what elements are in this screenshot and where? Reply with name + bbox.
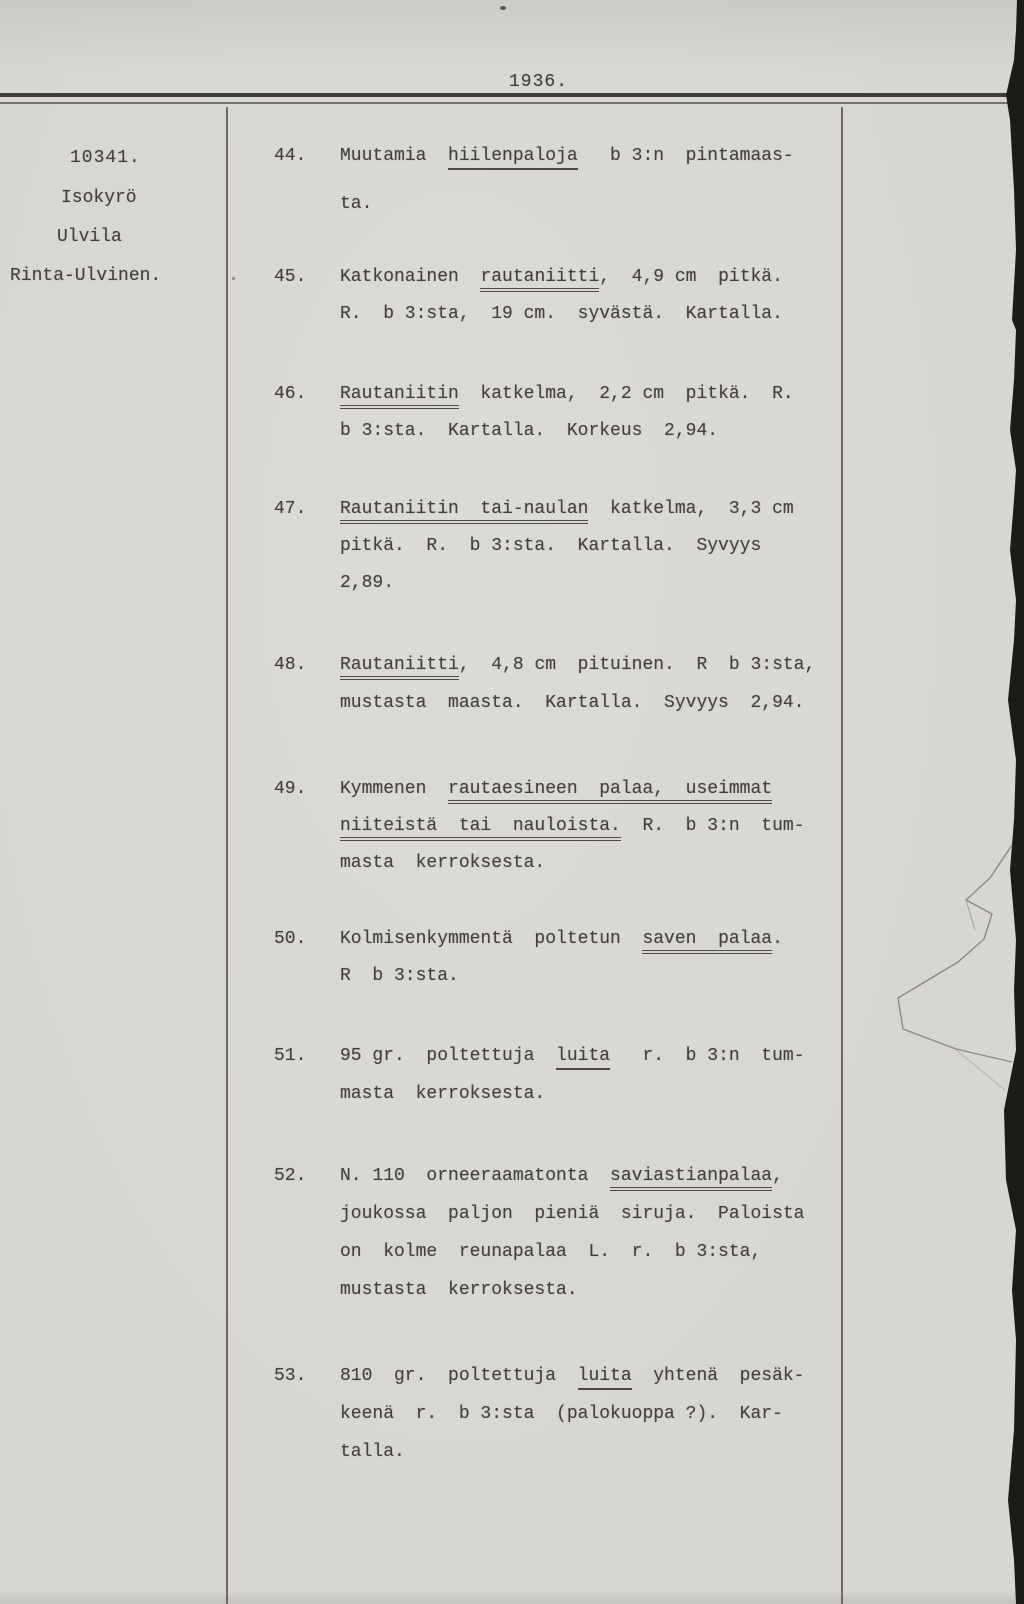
underlined-term: luita [556, 1046, 610, 1070]
entry-number: 47. [274, 500, 340, 518]
entry-line: b 3:sta. Kartalla. Korkeus 2,94. [340, 422, 794, 440]
underlined-term: hiilenpaloja [448, 146, 578, 170]
text-segment: ta. [340, 194, 372, 214]
text-segment: b 3:n pintamaas- [578, 146, 794, 166]
entry-number: 51. [274, 1047, 340, 1065]
entry-line: 95 gr. poltettuja luita r. b 3:n tum- [340, 1047, 805, 1065]
catalog-number: 10341. [70, 149, 141, 167]
right-column-divider [841, 107, 843, 1604]
entry-line: Kymmenen rautaesineen palaa, useimmat [340, 780, 805, 798]
entry-line: Rautaniitin tai-naulan katkelma, 3,3 cm [340, 500, 794, 518]
text-segment: Katkonainen [340, 267, 480, 287]
entry-text: 810 gr. poltettuja luita yhtenä pesäk-ke… [340, 1367, 804, 1461]
text-segment: , [772, 1166, 783, 1186]
entry-number: 46. [274, 385, 340, 403]
left-column-divider [226, 107, 228, 1604]
entry-line: 810 gr. poltettuja luita yhtenä pesäk- [340, 1367, 804, 1385]
entry-line: Katkonainen rautaniitti, 4,9 cm pitkä. [340, 268, 783, 286]
entry-text: 95 gr. poltettuja luita r. b 3:n tum-mas… [340, 1047, 805, 1103]
entry-line: masta kerroksesta. [340, 1085, 805, 1103]
text-segment: b 3:sta. Kartalla. Korkeus 2,94. [340, 421, 718, 441]
entry-line: R b 3:sta. [340, 967, 783, 985]
text-segment: masta kerroksesta. [340, 1084, 545, 1104]
text-segment: pitkä. R. b 3:sta. Kartalla. Syvyys [340, 536, 761, 556]
entry-line: Rautaniitti, 4,8 cm pituinen. R b 3:sta, [340, 656, 815, 674]
entry-text: Katkonainen rautaniitti, 4,9 cm pitkä.R.… [340, 268, 783, 323]
text-segment: 810 gr. poltettuja [340, 1366, 578, 1386]
scan-edge-band [1000, 0, 1024, 1604]
entry-text: Rautaniitin tai-naulan katkelma, 3,3 cmp… [340, 500, 794, 592]
text-segment: keenä r. b 3:sta (palokuoppa ?). Kar- [340, 1404, 783, 1424]
text-segment: masta kerroksesta. [340, 853, 545, 873]
underlined-term: rautaesineen palaa, useimmat [448, 779, 772, 804]
entry-line: N. 110 orneeraamatonta saviastianpalaa, [340, 1167, 804, 1185]
catalog-entry: 44.Muutamia hiilenpaloja b 3:n pintamaas… [274, 147, 794, 213]
underlined-term: niiteistä tai nauloista. [340, 816, 621, 841]
entry-text: Kymmenen rautaesineen palaa, useimmatnii… [340, 780, 805, 872]
text-segment: N. 110 orneeraamatonta [340, 1166, 610, 1186]
entry-line: Kolmisenkymmentä poltetun saven palaa. [340, 930, 783, 948]
catalog-entry: 53.810 gr. poltettuja luita yhtenä pesäk… [274, 1367, 804, 1461]
entry-line: Rautaniitin katkelma, 2,2 cm pitkä. R. [340, 385, 794, 403]
text-segment: talla. [340, 1442, 405, 1462]
municipality: Isokyrö [61, 189, 137, 207]
entry-line: pitkä. R. b 3:sta. Kartalla. Syvyys [340, 537, 794, 555]
underlined-term: luita [578, 1366, 632, 1390]
catalog-entry: 48.Rautaniitti, 4,8 cm pituinen. R b 3:s… [274, 656, 815, 712]
underlined-term: Rautaniitin tai-naulan [340, 499, 588, 524]
entry-number: 44. [274, 147, 340, 165]
text-segment: on kolme reunapalaa L. r. b 3:sta, [340, 1242, 761, 1262]
text-segment: 2,89. [340, 573, 394, 593]
entry-line: on kolme reunapalaa L. r. b 3:sta, [340, 1243, 804, 1261]
entry-number: 52. [274, 1167, 340, 1185]
underlined-term: Rautaniitin [340, 384, 459, 409]
entry-line: joukossa paljon pieniä siruja. Paloista [340, 1205, 804, 1223]
entry-line: talla. [340, 1443, 804, 1461]
catalog-entry: 51.95 gr. poltettuja luita r. b 3:n tum-… [274, 1047, 805, 1103]
text-segment: R b 3:sta. [340, 966, 459, 986]
entry-line: R. b 3:sta, 19 cm. syvästä. Kartalla. [340, 305, 783, 323]
underlined-term: rautaniitti [480, 267, 599, 292]
text-segment: mustasta kerroksesta. [340, 1280, 578, 1300]
text-segment: R. b 3:n tum- [621, 816, 805, 836]
catalog-entry: 50.Kolmisenkymmentä poltetun saven palaa… [274, 930, 783, 985]
underlined-term: saven palaa [642, 929, 772, 954]
text-segment: yhtenä pesäk- [632, 1366, 805, 1386]
catalog-entry: 49.Kymmenen rautaesineen palaa, useimmat… [274, 780, 805, 872]
text-segment: joukossa paljon pieniä siruja. Paloista [340, 1204, 804, 1224]
entry-number: 45. [274, 268, 340, 286]
underlined-term: saviastianpalaa [610, 1166, 772, 1191]
entry-number: 48. [274, 656, 340, 674]
catalog-entry: 52.N. 110 orneeraamatonta saviastianpala… [274, 1167, 804, 1299]
entry-text: N. 110 orneeraamatonta saviastianpalaa,j… [340, 1167, 804, 1299]
text-segment: katkelma, 2,2 cm pitkä. R. [459, 384, 794, 404]
text-segment: Kymmenen [340, 779, 448, 799]
text-segment: r. b 3:n tum- [610, 1046, 804, 1066]
entry-line: mustasta maasta. Kartalla. Syvyys 2,94. [340, 694, 815, 712]
text-segment: 95 gr. poltettuja [340, 1046, 556, 1066]
text-segment: , 4,9 cm pitkä. [599, 267, 783, 287]
entry-line: ta. [340, 195, 794, 213]
entry-line: niiteistä tai nauloista. R. b 3:n tum- [340, 817, 805, 835]
catalog-entry: 45.Katkonainen rautaniitti, 4,9 cm pitkä… [274, 268, 783, 323]
village: Ulvila [57, 228, 122, 246]
underlined-term: Rautaniitti [340, 655, 459, 680]
catalog-entry: 47.Rautaniitin tai-naulan katkelma, 3,3 … [274, 500, 794, 592]
entry-text: Kolmisenkymmentä poltetun saven palaa.R … [340, 930, 783, 985]
entry-line: keenä r. b 3:sta (palokuoppa ?). Kar- [340, 1405, 804, 1423]
ink-speck [500, 6, 506, 10]
entry-line: 2,89. [340, 574, 794, 592]
ink-speck [232, 277, 235, 280]
text-segment: Muutamia [340, 146, 448, 166]
entry-line: mustasta kerroksesta. [340, 1281, 804, 1299]
catalog-entry: 46.Rautaniitin katkelma, 2,2 cm pitkä. R… [274, 385, 794, 440]
top-rule-thick [0, 93, 1024, 97]
site-name: Rinta-Ulvinen. [10, 267, 161, 285]
entry-text: Rautaniitti, 4,8 cm pituinen. R b 3:sta,… [340, 656, 815, 712]
entry-line: Muutamia hiilenpaloja b 3:n pintamaas- [340, 147, 794, 165]
entry-text: Muutamia hiilenpaloja b 3:n pintamaas-ta… [340, 147, 794, 213]
text-segment: katkelma, 3,3 cm [588, 499, 793, 519]
text-segment: mustasta maasta. Kartalla. Syvyys 2,94. [340, 693, 804, 713]
text-segment: . [772, 929, 783, 949]
text-segment: , 4,8 cm pituinen. R b 3:sta, [459, 655, 815, 675]
entry-number: 49. [274, 780, 340, 798]
text-segment: Kolmisenkymmentä poltetun [340, 929, 642, 949]
top-rule-thin [0, 102, 1024, 104]
text-segment: R. b 3:sta, 19 cm. syvästä. Kartalla. [340, 304, 783, 324]
entry-number: 50. [274, 930, 340, 948]
entry-text: Rautaniitin katkelma, 2,2 cm pitkä. R.b … [340, 385, 794, 440]
entry-line: masta kerroksesta. [340, 854, 805, 872]
entry-number: 53. [274, 1367, 340, 1385]
